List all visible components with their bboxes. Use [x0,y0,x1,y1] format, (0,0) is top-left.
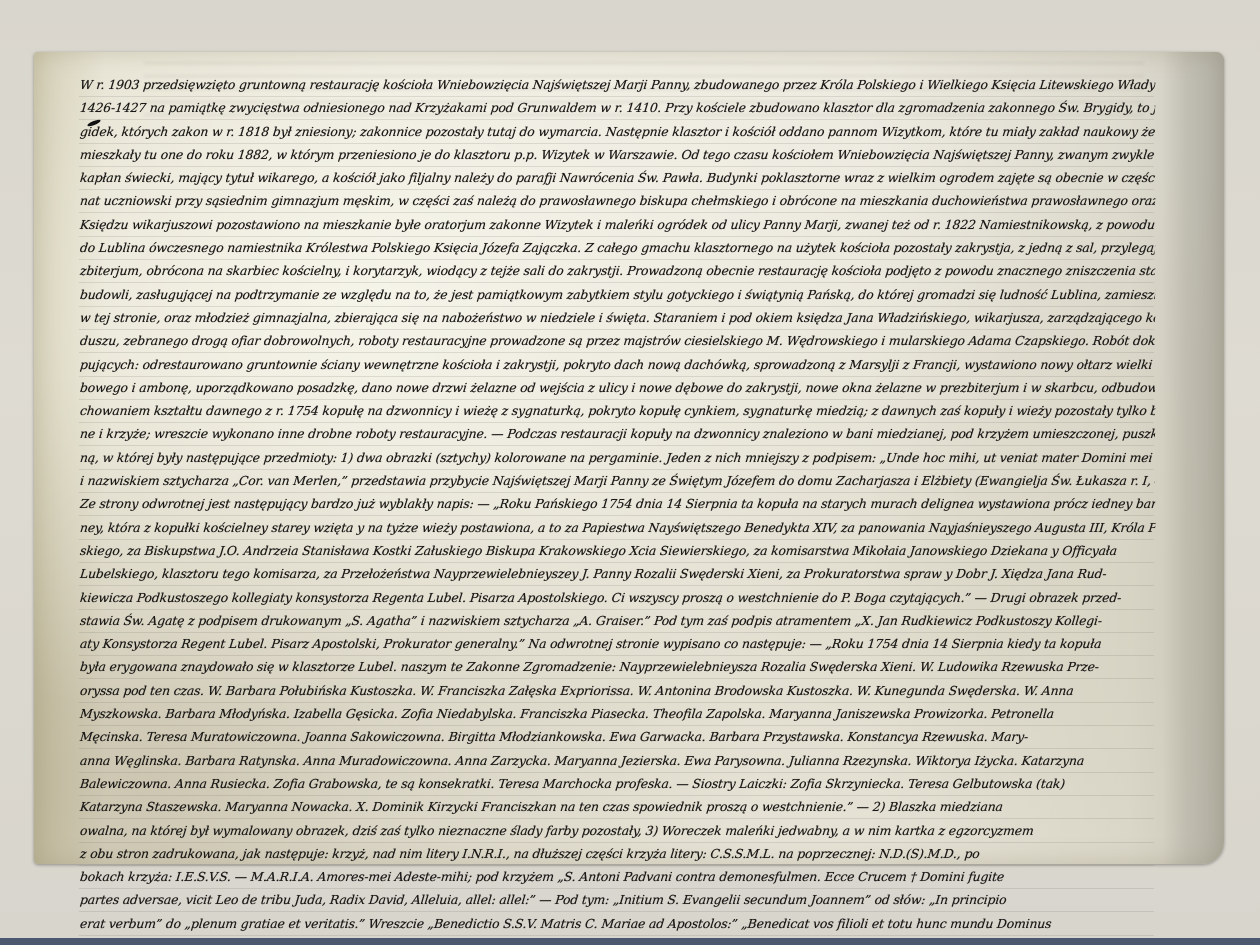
text-line: Katarzyna Staszewska. Maryanna Nowacka. … [79,796,1156,819]
bottom-edge-strip [0,938,1260,945]
text-line: Ze strony odwrotnej jest następujący bar… [79,493,1156,516]
text-line: erat verbum” do „plenum gratiae et verit… [79,913,1156,936]
text-line: oryssa pod ten czas. W. Barbara Połubińs… [79,680,1156,703]
text-line: anna Węglinska. Barbara Ratynska. Anna M… [79,750,1156,773]
text-line: kiewicza Podkustoszego kollegiaty konsys… [79,587,1156,610]
text-line: ną, w której były następujące przedmioty… [79,447,1156,470]
text-line: Balewiczowna. Anna Rusiecka. Zofia Grabo… [79,773,1156,796]
text-line: 1426-1427 na pamiątkę zwycięstwa odniesi… [79,97,1156,120]
text-line: nat uczniowski przy sąsiednim gimnazjum … [79,190,1156,213]
text-line: była erygowana znaydowało się w klasztor… [79,656,1156,679]
text-line: Księdzu wikarjuszowi pozostawiono na mie… [79,214,1156,237]
text-line: Lubelskiego, klasztoru tego komisarza, z… [79,563,1156,586]
text-line: z obu stron zadrukowana, jak następuje: … [79,843,1156,866]
text-line: ney, która z kopułki kościelney starey w… [79,517,1156,540]
text-line: budowli, zasługującej na podtrzymanie ze… [79,284,1156,307]
text-line: mieszkały tu one do roku 1882, w którym … [79,144,1156,167]
text-line: Myszkowska. Barbara Młodyńska. Izabella … [79,703,1156,726]
text-line: w tej stronie, oraz młodzież gimnazjalna… [79,307,1156,330]
text-line: W r. 1903 przedsięwzięto gruntowną resta… [79,74,1156,97]
text-line: bokach krzyża: I.E.S.V.S. — M.A.R.I.A. A… [79,866,1156,889]
text-line: skiego, za Biskupstwa J.O. Andrzeia Stan… [79,540,1156,563]
text-line: aty Konsystorza Regent Lubel. Pisarz Apo… [79,633,1156,656]
text-line: ne i krzyże; wreszcie wykonano inne drob… [79,423,1156,446]
parchment-margin-fold [1162,52,1224,864]
text-line: kapłan świecki, mający tytuł wikarego, a… [79,167,1156,190]
text-line: partes adversae, vicit Leo de tribu Juda… [79,889,1156,912]
text-line: chowaniem kształtu dawnego z r. 1754 kop… [79,400,1156,423]
text-line: bowego i ambonę, uporządkowano posadzkę,… [79,377,1156,400]
text-line: i nazwiskiem sztycharza „Cor. van Merlen… [79,470,1156,493]
text-line: stawia Św. Agatę z podpisem drukowanym „… [79,610,1156,633]
text-line: zbiterjum, obrócona na skarbiec kościeln… [79,260,1156,283]
text-line: do Lublina ówczesnego namiestnika Króles… [79,237,1156,260]
text-line: pujących: odrestaurowano gruntownie ścia… [79,354,1156,377]
text-line: Męcinska. Teresa Muratowiczowna. Joanna … [79,726,1156,749]
text-line: gidek, których zakon w r. 1818 był znies… [79,121,1156,144]
text-line: duszu, zebranego drogą ofiar dobrowolnyc… [79,330,1156,353]
handwritten-text-block: W r. 1903 przedsięwzięto gruntowną resta… [80,74,1155,936]
text-line: owalna, na której był wymalowany obrazek… [79,820,1156,843]
